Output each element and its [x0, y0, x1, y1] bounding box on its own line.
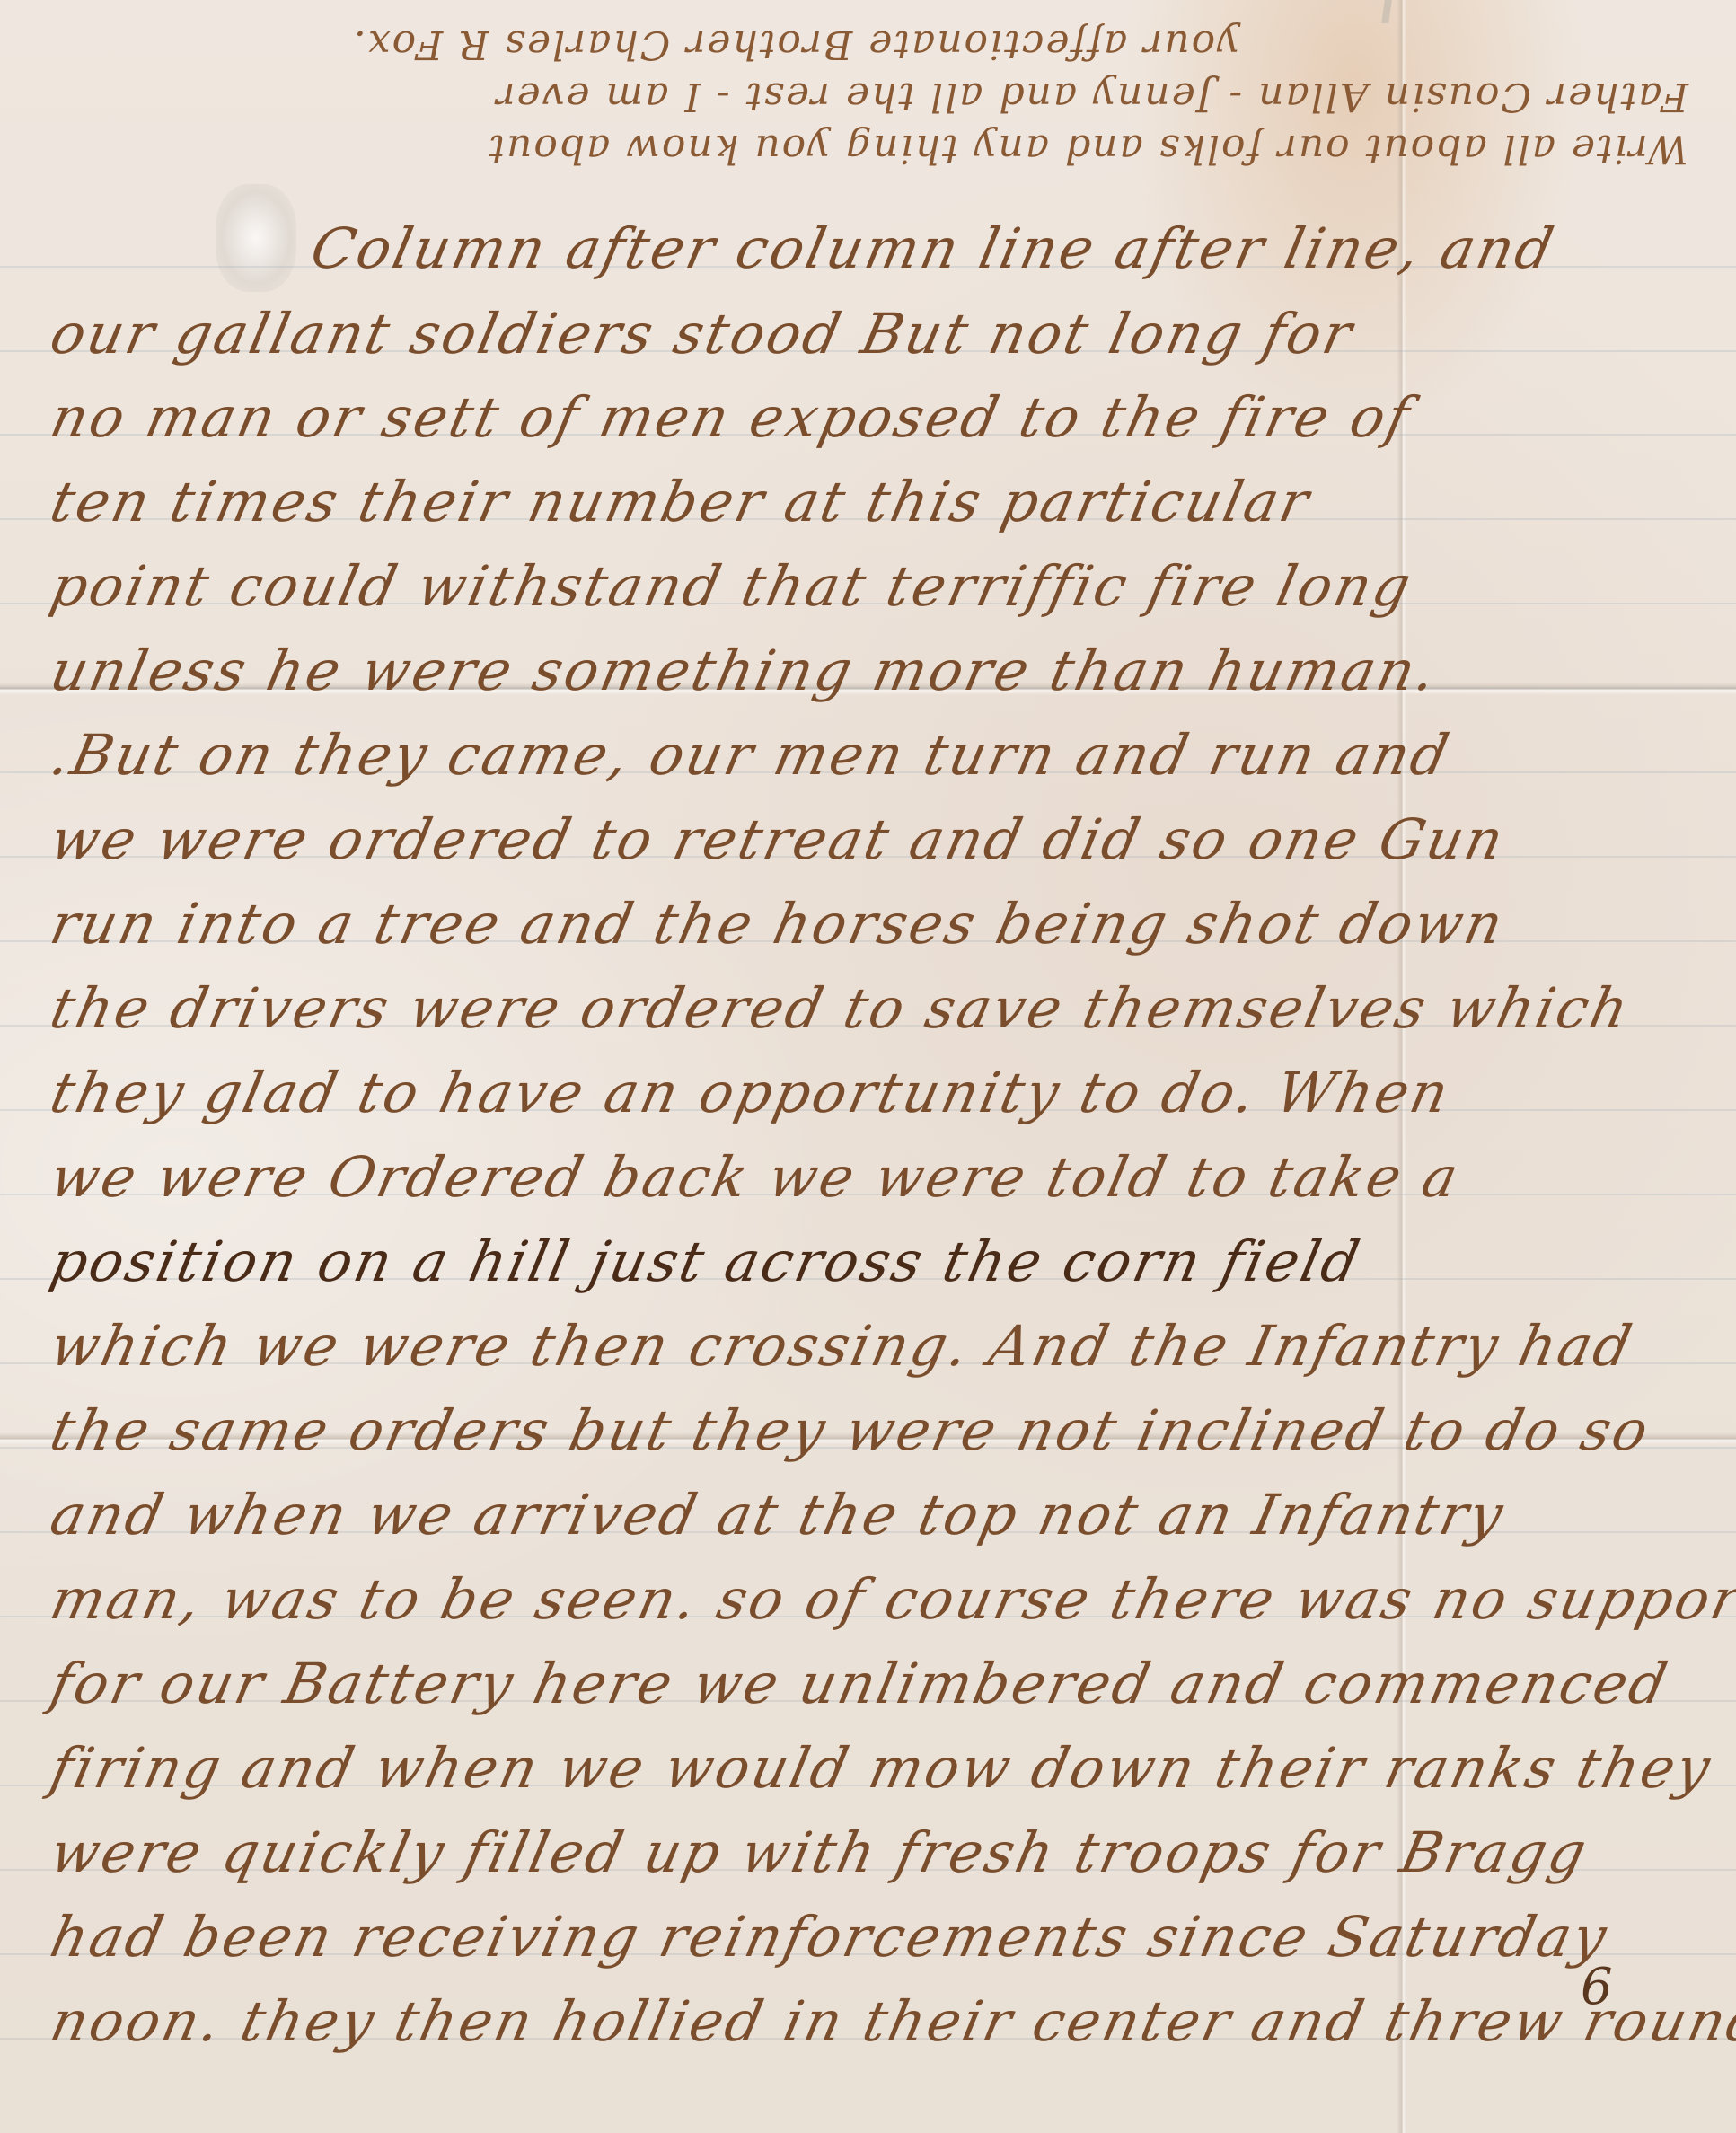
body-line: for our Battery here we unlimbered and c… [45, 1651, 1675, 1716]
body-line: position on a hill just across the corn … [45, 1229, 1368, 1294]
body-line: the same orders but they were not inclin… [45, 1397, 1656, 1463]
crosswritten-line: Write all about our folks and any thing … [54, 122, 1688, 174]
page-number: 6 [1581, 1958, 1613, 2016]
body-line: firing and when we would mow down their … [45, 1735, 1718, 1801]
crosswritten-line: Father Cousin Allan - Jenny and all the … [54, 70, 1688, 122]
body-line: Column after column line after line, and [305, 216, 1562, 281]
body-line: ten times their number at this particula… [45, 469, 1317, 534]
body-line: unless he were something more than human… [45, 638, 1444, 703]
body-line: were quickly filled up with fresh troops… [45, 1820, 1594, 1885]
body-line: the drivers were ordered to save themsel… [45, 975, 1636, 1041]
body-line: they glad to have an opportunity to do. … [45, 1060, 1457, 1125]
body-line: which we were then crossing. And the Inf… [45, 1313, 1640, 1379]
body-line: had been receiving reinforcements since … [45, 1904, 1615, 1970]
embossed-stamp [216, 184, 296, 292]
crosswritten-signature: your affectionate Brother Charles R Fox. [54, 18, 1688, 70]
body-line: .But on they came, our men turn and run … [45, 722, 1457, 788]
body-line: we were ordered to retreat and did so on… [45, 806, 1511, 872]
body-line: we were Ordered back we were told to tak… [45, 1144, 1467, 1210]
crosswritten-note: Write all about our folks and any thing … [54, 18, 1688, 174]
body-line: man, was to be seen. so of course there … [45, 1566, 1736, 1632]
body-line: and when we arrived at the top not an In… [45, 1482, 1511, 1547]
body-line: our gallant soldiers stood But not long … [45, 301, 1360, 366]
body-line: run into a tree and the horses being sho… [45, 891, 1511, 956]
body-line: point could withstand that terriffic fir… [45, 553, 1419, 619]
letter-page: Write all about our folks and any thing … [0, 0, 1736, 2133]
body-line: no man or sett of men exposed to the fir… [45, 384, 1418, 450]
body-line: noon. they then hollied in their center … [45, 1988, 1736, 2054]
